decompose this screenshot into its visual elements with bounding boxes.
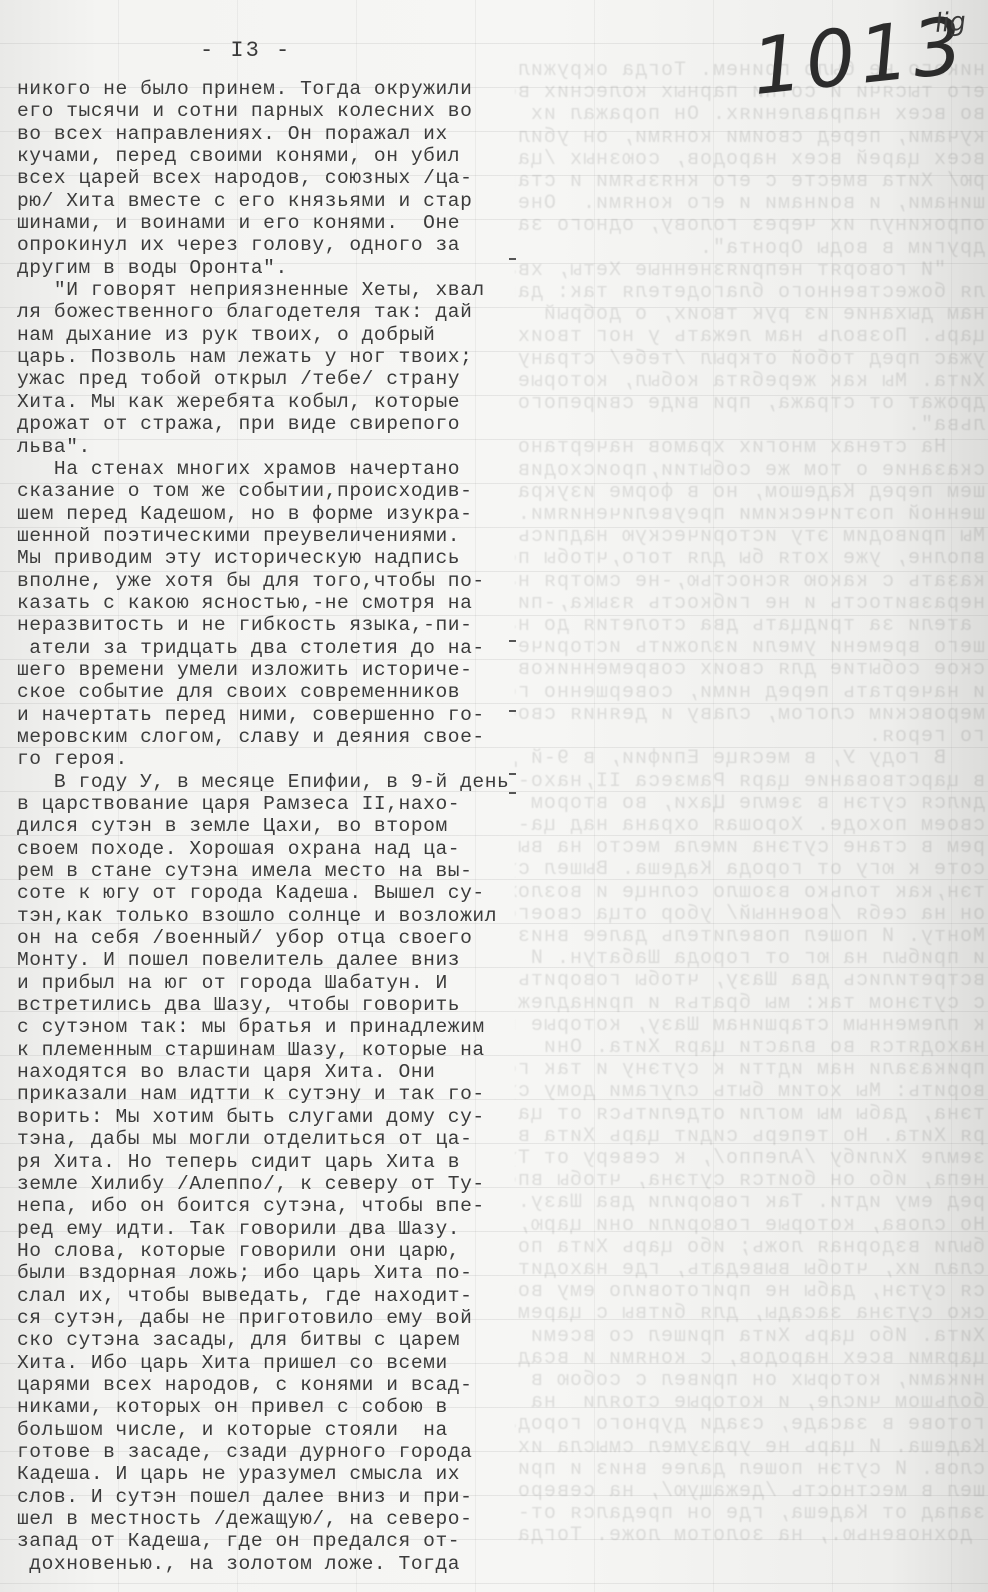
- text-line: дился сутэн в земле Цахи, во втором: [17, 815, 517, 837]
- text-line: шем перед Кадешом, но в форме изукра-: [17, 503, 517, 525]
- margin-mark: [509, 258, 516, 260]
- text-line: ред ему идти. Так говорили два Шазу.: [17, 1218, 517, 1240]
- scanned-page: никого не было принем. Тогда окружили ег…: [0, 0, 988, 1592]
- text-line: неразвитость и не гибкость языка,-пи-: [17, 614, 517, 636]
- text-line: готове в засаде, сзади дурного города: [17, 1441, 517, 1463]
- reverse-side-bleed-through: никого не было принем. Тогда окружили ег…: [515, 60, 985, 1590]
- text-line: другим в воды Оронта".: [17, 257, 517, 279]
- text-line: были вздорная ложь; ибо царь Хита по-: [17, 1262, 517, 1284]
- text-line: дрожат от стража, при виде свирепого: [17, 413, 517, 435]
- margin-mark: [509, 773, 516, 775]
- text-line: в царствование царя Рамзеса II,нахо-: [17, 793, 517, 815]
- text-line: Хита. Ибо царь Хита пришел со всеми: [17, 1352, 517, 1374]
- text-line: дохновенью., на золотом ложе. Тогда: [17, 1553, 517, 1575]
- text-line: Мы приводим эту историческую надпись: [17, 547, 517, 569]
- text-line: приказали нам идтти к сутэну и так го-: [17, 1083, 517, 1105]
- text-line: во всех направлениях. Он поражал их: [17, 123, 517, 145]
- text-line: шинами, и воинами и его конями. Оне: [17, 212, 517, 234]
- text-line: Монту. И пошел повелитель далее вниз: [17, 949, 517, 971]
- text-line: шего времени умели изложить историче-: [17, 659, 517, 681]
- text-line: ужас пред тобой открыл /тебе/ страну: [17, 368, 517, 390]
- text-line: сказание о том же событии,происходив-: [17, 480, 517, 502]
- text-line: царь. Позволь нам лежать у ног твоих;: [17, 346, 517, 368]
- text-line: непа, ибо он боится сутэна, чтобы впе-: [17, 1195, 517, 1217]
- text-line: запад от Кадеша, где он предался от-: [17, 1530, 517, 1552]
- text-line: царями всех народов, с конями и всад-: [17, 1374, 517, 1396]
- text-line: го героя.: [17, 748, 517, 770]
- text-line: льва".: [17, 436, 517, 458]
- text-line: встретились два Шазу, чтобы говорить: [17, 994, 517, 1016]
- text-line: и прибыл на юг от города Шабатун. И: [17, 972, 517, 994]
- text-line: с сутэном так: мы братья и принадлежим: [17, 1016, 517, 1038]
- text-line: казать с какою ясностью,-не смотря на: [17, 592, 517, 614]
- margin-mark: [509, 640, 516, 642]
- text-line: шел в местность /дежащую/, на северо-: [17, 1508, 517, 1530]
- text-line: земле Хилибу /Алеппо/, к северу от Ту-: [17, 1173, 517, 1195]
- text-line: вполне, уже хотя бы для того,чтобы по-: [17, 570, 517, 592]
- text-line: своем походе. Хорошая охрана над ца-: [17, 838, 517, 860]
- text-line: и начертать перед ними, совершенно го-: [17, 704, 517, 726]
- text-line: Но слова, которые говорили они царю,: [17, 1240, 517, 1262]
- text-line: всех царей всех народов, союзных /ца-: [17, 167, 517, 189]
- text-line: никого не было принем. Тогда окружили: [17, 78, 517, 100]
- text-line: ля божественного благодетеля так: дай: [17, 301, 517, 323]
- text-line: ря Хита. Но теперь сидит царь Хита в: [17, 1151, 517, 1173]
- text-line: к племенным старшинам Шазу, которые на: [17, 1039, 517, 1061]
- text-line: тэн,как только взошло солнце и возложил: [17, 905, 517, 927]
- text-line: меровским слогом, славу и деяния свое-: [17, 726, 517, 748]
- text-line: атели за тридцать два столетия до на-: [17, 637, 517, 659]
- text-line: рем в стане сутэна имела место на вы-: [17, 860, 517, 882]
- text-line: кучами, перед своими конями, он убил: [17, 145, 517, 167]
- text-line: В году У, в месяце Епифии, в 9-й день: [17, 771, 517, 793]
- text-line: рю/ Хита вместе с его князьями и стар: [17, 190, 517, 212]
- handwritten-archive-suffix: lig: [934, 7, 967, 39]
- text-line: нам дыхание из рук твоих, о добрый: [17, 324, 517, 346]
- text-line: находятся во власти царя Хита. Они: [17, 1061, 517, 1083]
- text-line: Хита. Мы как жеребята кобыл, которые: [17, 391, 517, 413]
- text-line: он на себя /военный/ убор отца своего: [17, 927, 517, 949]
- text-line: тэна, дабы мы могли отделиться от ца-: [17, 1128, 517, 1150]
- page-number: - I3 -: [200, 38, 291, 63]
- text-line: никами, которых он привел с собою в: [17, 1396, 517, 1418]
- text-line: его тысячи и сотни парных колесних во: [17, 100, 517, 122]
- margin-mark: [509, 792, 516, 794]
- margin-mark: [509, 710, 516, 712]
- text-line: ворить: Мы хотим быть слугами дому су-: [17, 1106, 517, 1128]
- text-line: слов. И сутэн пошел далее вниз и при-: [17, 1486, 517, 1508]
- text-line: слал их, чтобы выведать, где находит-: [17, 1285, 517, 1307]
- text-line: ское событие для своих современников: [17, 681, 517, 703]
- text-line: опрокинул их через голову, одного за: [17, 234, 517, 256]
- text-line: шенной поэтическими преувеличениями.: [17, 525, 517, 547]
- text-line: "И говорят неприязненные Хеты, хвал: [17, 279, 517, 301]
- text-line: ся сутэн, дабы не приготовило ему вой: [17, 1307, 517, 1329]
- typewritten-body: никого не было принем. Тогда окружилиего…: [17, 78, 517, 1575]
- text-line: ско сутэна засады, для битвы с царем: [17, 1329, 517, 1351]
- text-line: Кадеша. И царь не уразумел смысла их: [17, 1463, 517, 1485]
- text-line: На стенах многих храмов начертано: [17, 458, 517, 480]
- text-line: большом числе, и которые стояли на: [17, 1419, 517, 1441]
- text-line: соте к югу от города Кадеша. Вышел су-: [17, 882, 517, 904]
